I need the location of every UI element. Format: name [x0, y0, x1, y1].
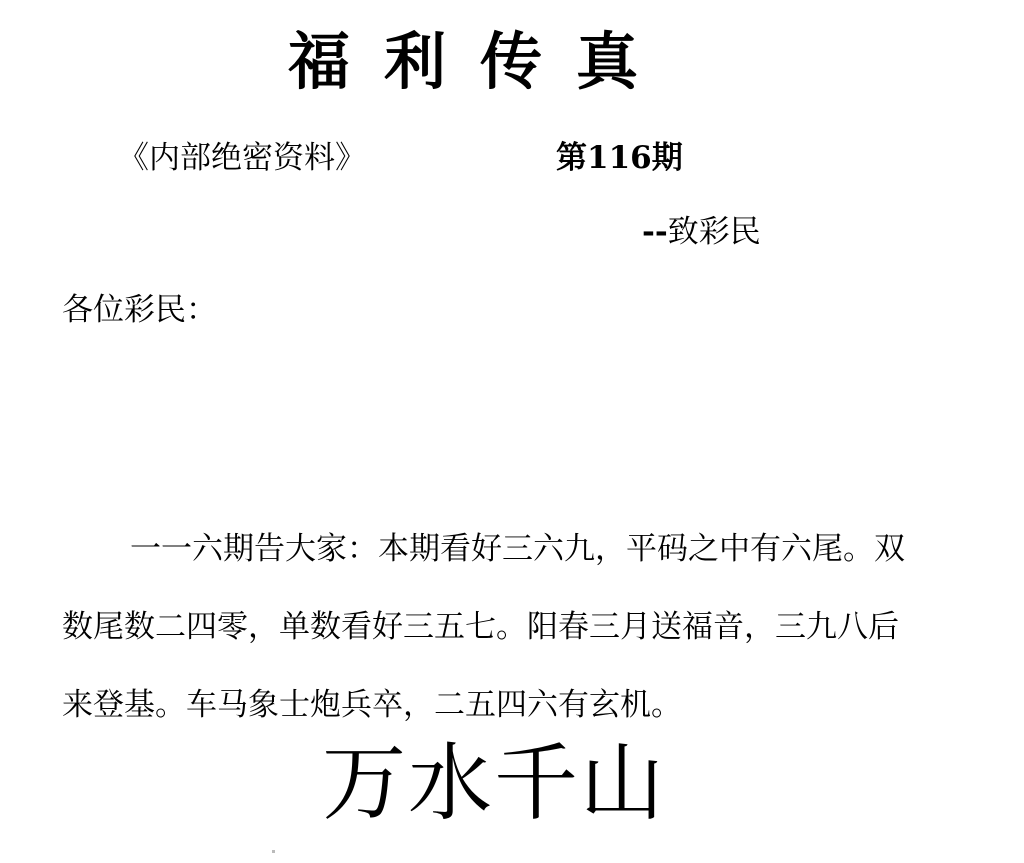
addressee-line: --致彩民: [642, 210, 761, 254]
document-title: 福利传真: [288, 22, 672, 102]
greeting: 各位彩民：: [62, 288, 217, 332]
document-subtitle: 《内部绝密资料》: [118, 136, 366, 180]
dash-prefix: --: [642, 214, 668, 250]
addressee-text: 致彩民: [668, 214, 761, 250]
signature: 万水千山: [322, 728, 666, 838]
body-line: 数尾数二四零，单数看好三五七。阳春三月送福音，三九八后: [62, 588, 992, 666]
scan-artifact-dot: [272, 850, 275, 853]
body-paragraph: 一一六期告大家：本期看好三六九，平码之中有六尾。双 数尾数二四零，单数看好三五七…: [62, 510, 992, 744]
body-line: 一一六期告大家：本期看好三六九，平码之中有六尾。双: [62, 510, 992, 588]
issue-number: 第116期: [556, 136, 683, 180]
